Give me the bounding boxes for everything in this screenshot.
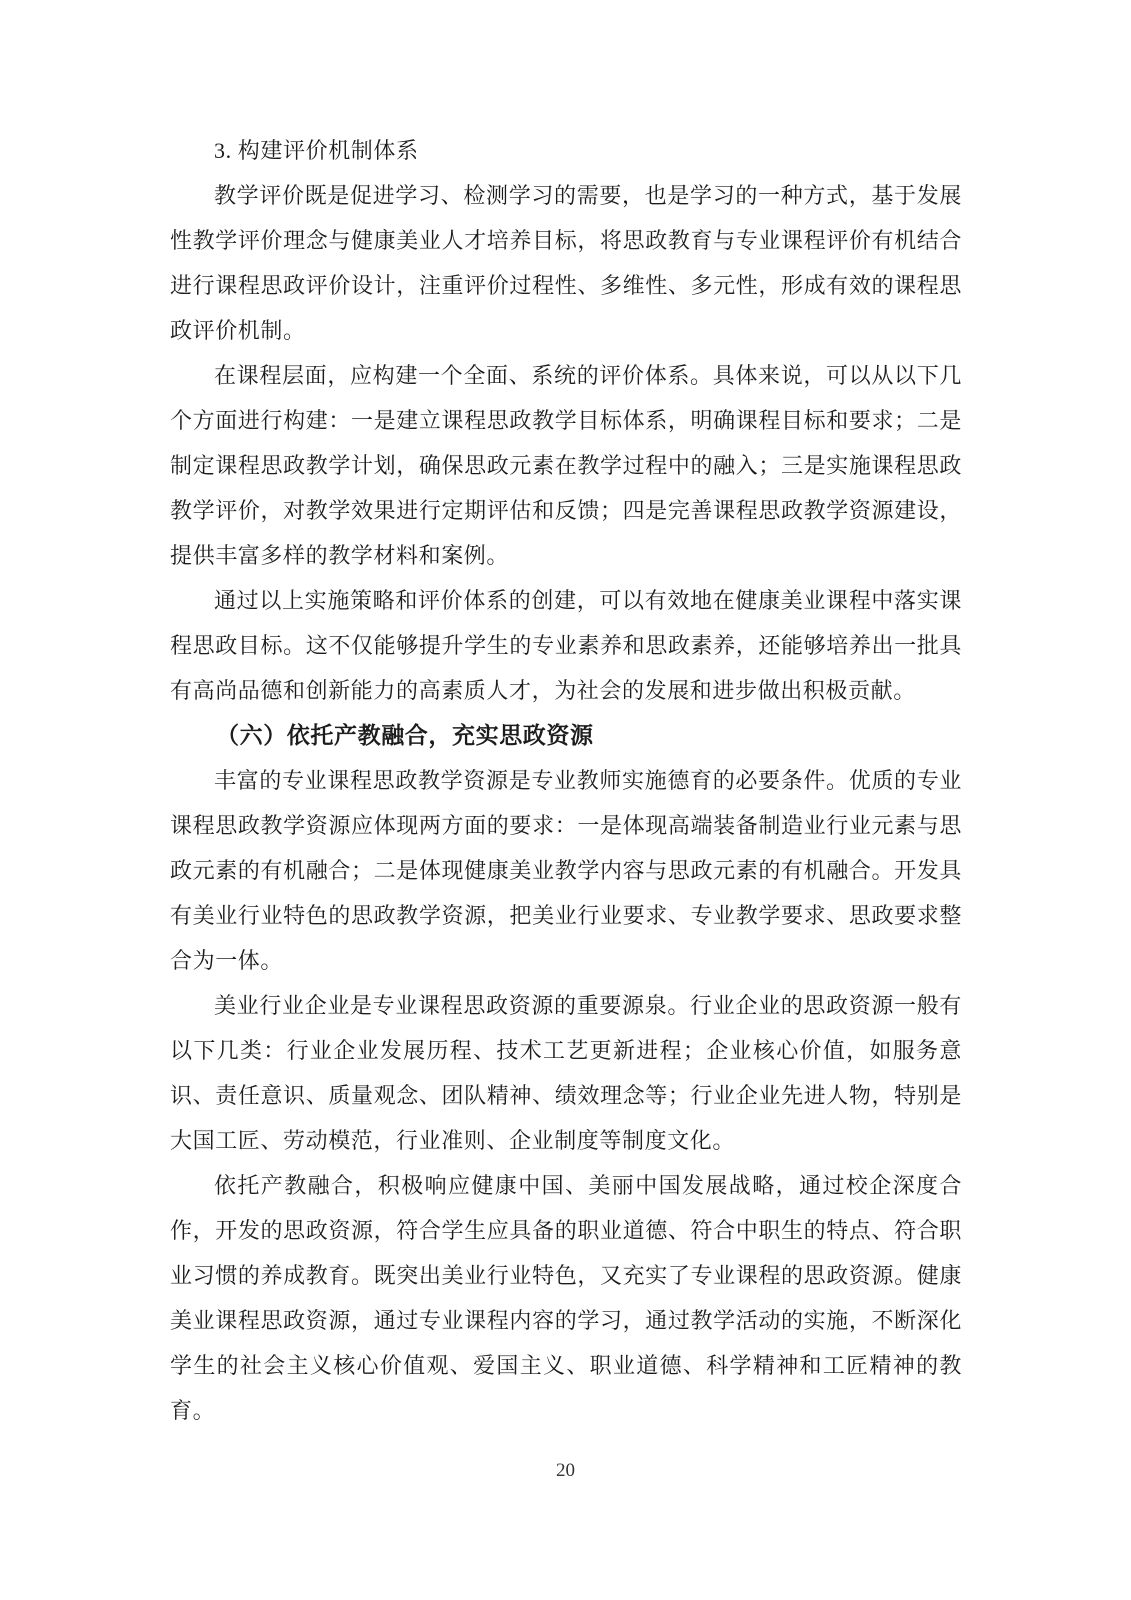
section-heading: （六）依托产教融合，充实思政资源 [170,713,962,758]
paragraph: 丰富的专业课程思政教学资源是专业教师实施德育的必要条件。优质的专业课程思政教学资… [170,758,962,983]
paragraph: 美业行业企业是专业课程思政资源的重要源泉。行业企业的思政资源一般有以下几类：行业… [170,983,962,1163]
paragraph: 在课程层面，应构建一个全面、系统的评价体系。具体来说，可以从以下几个方面进行构建… [170,353,962,578]
numbered-subheading: 3. 构建评价机制体系 [170,128,962,173]
paragraph: 教学评价既是促进学习、检测学习的需要，也是学习的一种方式，基于发展性教学评价理念… [170,173,962,353]
paragraph: 通过以上实施策略和评价体系的创建，可以有效地在健康美业课程中落实课程思政目标。这… [170,578,962,713]
document-body: 3. 构建评价机制体系 教学评价既是促进学习、检测学习的需要，也是学习的一种方式… [170,128,962,1433]
paragraph: 依托产教融合，积极响应健康中国、美丽中国发展战略，通过校企深度合作，开发的思政资… [170,1163,962,1433]
document-page: 3. 构建评价机制体系 教学评价既是促进学习、检测学习的需要，也是学习的一种方式… [0,0,1131,1600]
page-number: 20 [0,1460,1131,1482]
